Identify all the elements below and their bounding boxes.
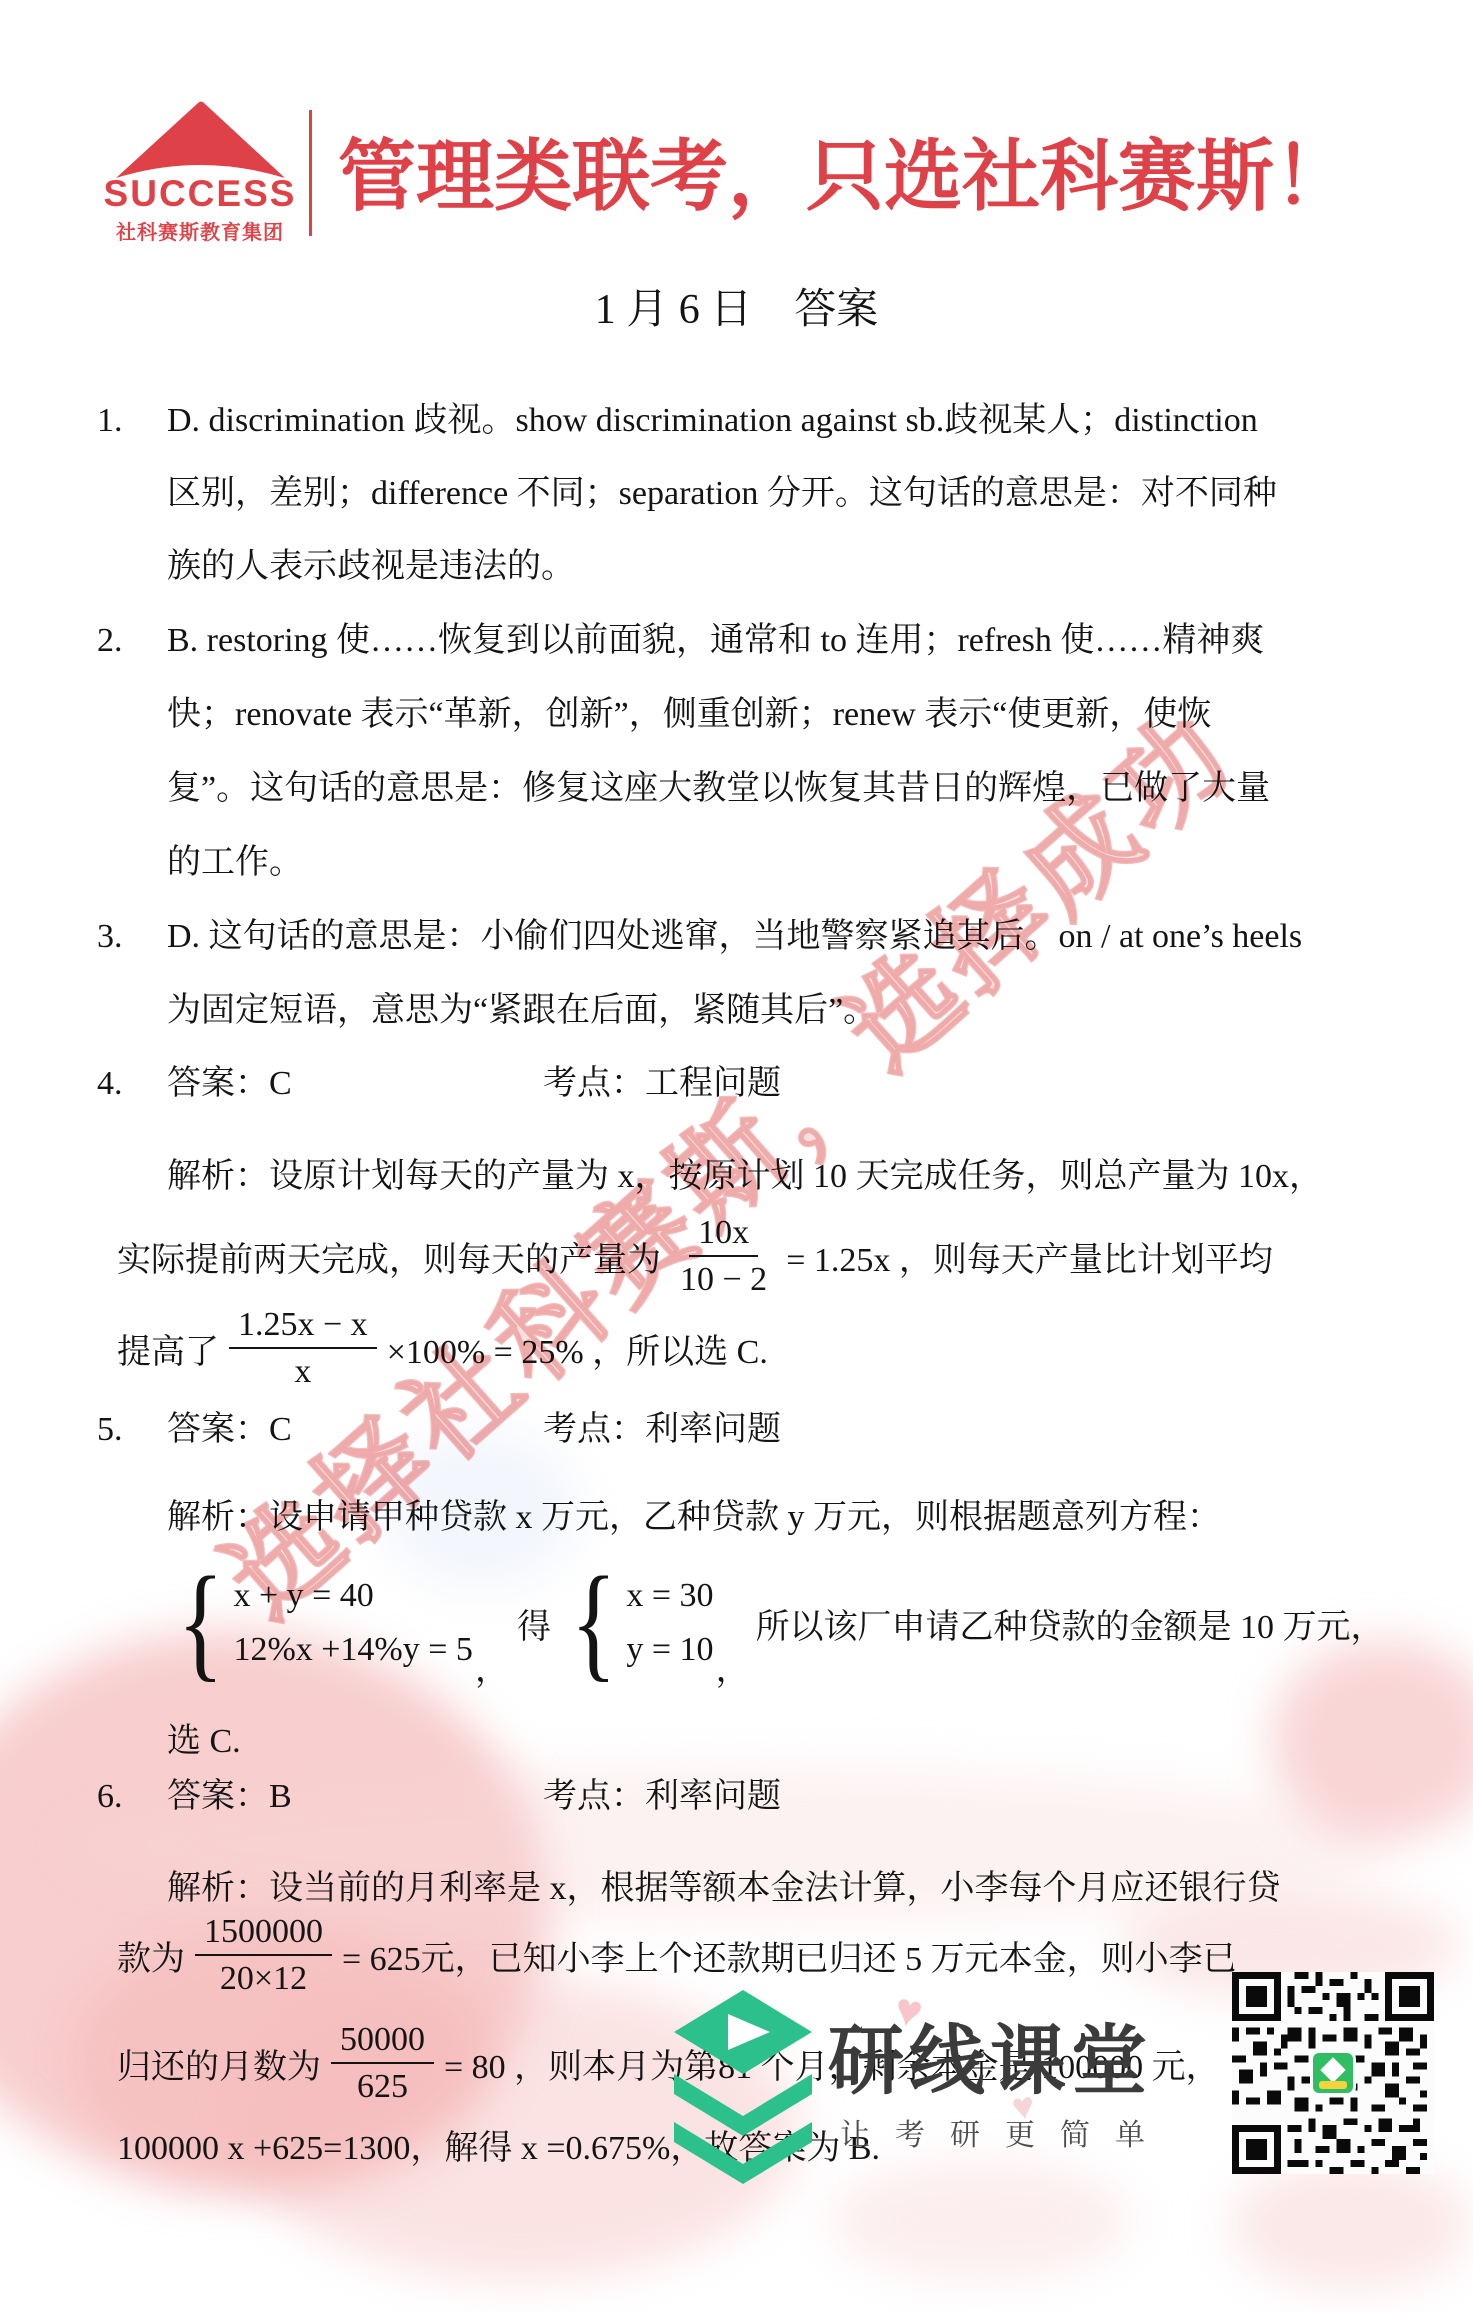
- answer-item-5-conclusion: 选 C.: [0, 1720, 1473, 1764]
- item-text: 复”。这句话的意思是：修复这座大教堂以恢复其昔日的辉煌，已做了大量: [167, 767, 1270, 811]
- item-text: 族的人表示歧视是违法的。: [167, 545, 575, 589]
- math-text: ×100% = 25% ，所以选 C.: [387, 1324, 768, 1373]
- fraction: 50000 625: [331, 2020, 434, 2106]
- fraction-denominator: 20×12: [211, 1956, 316, 1998]
- item-text: 快；renovate 表示“革新，创新”，侧重创新；renew 表示“使更新，使…: [167, 693, 1211, 737]
- title-date: 1 月 6 日: [595, 276, 753, 336]
- logo-success-text: SUCCESS: [100, 175, 300, 212]
- topic-label: 考点：工程问题: [543, 1062, 781, 1106]
- item-text: 区别，差别；difference 不同；separation 分开。这句话的意思…: [167, 472, 1277, 516]
- math-text: 提高了: [117, 1324, 219, 1373]
- item-text: 的工作。: [167, 841, 303, 885]
- item-text: 选 C.: [167, 1720, 241, 1764]
- fraction: 10x 10 − 2: [671, 1213, 776, 1299]
- answer-item-1-line-2: 区别，差别；difference 不同；separation 分开。这句话的意思…: [0, 472, 1473, 516]
- qr-code: [1232, 1972, 1434, 2174]
- answer-item-1-line-3: 族的人表示歧视是违法的。: [0, 545, 1473, 589]
- equation: x + y = 40: [233, 1577, 473, 1615]
- math-text: = 1.25x ，则每天产量比计划平均: [786, 1232, 1273, 1281]
- fraction-numerator: 50000: [331, 2020, 434, 2064]
- answer-item-4-analysis: 解析：设原计划每天的产量为 x，按原计划 10 天完成任务，则总产量为 10x，: [0, 1155, 1473, 1199]
- yanxian-brand-name: 研线课堂: [828, 2000, 1152, 2109]
- equation-system: x = 30 y = 10: [626, 1577, 713, 1669]
- math-text: 款为: [117, 1931, 185, 1980]
- fraction-numerator: 1.25x − x: [229, 1305, 377, 1349]
- item-text: D. 这句话的意思是：小偷们四处逃窜，当地警察紧追其后。on / at one’…: [167, 915, 1302, 959]
- watercolor-splotch: [830, 2160, 1130, 2280]
- item-number: 3.: [97, 915, 123, 959]
- item-text: D. discrimination 歧视。show discrimination…: [167, 399, 1258, 443]
- qr-center-app-icon: [1310, 2050, 1356, 2096]
- left-brace: {: [178, 1565, 224, 1680]
- left-brace: {: [571, 1565, 617, 1680]
- answer-item-2-line-1: 2. B. restoring 使……恢复到以前面貌，通常和 to 连用；ref…: [0, 619, 1473, 663]
- mountain-logo-icon: [110, 96, 290, 182]
- answer-item-4-header: 4. 答案：C 考点：工程问题: [0, 1062, 1473, 1106]
- answer-item-1-line-1: 1. D. discrimination 歧视。show discriminat…: [0, 399, 1473, 443]
- equation: y = 10: [626, 1631, 713, 1669]
- separator: ，: [473, 1642, 515, 1713]
- document-page: ♥ ♥ 选择社科赛斯，选择成功 SUCCESS 社科赛斯教育集团 管理类联考，只…: [0, 0, 1473, 2313]
- fraction-numerator: 1500000: [195, 1912, 332, 1956]
- watercolor-splotch: [1230, 2160, 1470, 2290]
- answer-label: 答案：C: [167, 1062, 292, 1106]
- answer-label: 答案：C: [167, 1408, 292, 1452]
- fraction-numerator: 10x: [689, 1213, 758, 1257]
- item-text: 为固定短语，意思为“紧跟在后面，紧随其后”。: [167, 989, 877, 1033]
- math-text: 归还的月数为: [117, 2039, 321, 2088]
- topic-label: 考点：利率问题: [543, 1408, 781, 1452]
- separator: ，: [714, 1642, 756, 1713]
- answer-item-3-line-1: 3. D. 这句话的意思是：小偷们四处逃窜，当地警察紧追其后。on / at o…: [0, 915, 1473, 959]
- answer-item-2-line-2: 快；renovate 表示“革新，创新”，侧重创新；renew 表示“使更新，使…: [0, 693, 1473, 737]
- item-number: 6.: [97, 1775, 123, 1819]
- page-title: 1 月 6 日 答案: [0, 276, 1473, 336]
- answer-item-5-header: 5. 答案：C 考点：利率问题: [0, 1408, 1473, 1452]
- logo-subtitle: 社科赛斯教育集团: [100, 216, 300, 245]
- item-number: 2.: [97, 619, 123, 663]
- header-slogan: 管理类联考，只选社科赛斯！: [338, 114, 1352, 226]
- equation: 12%x +14%y = 5: [233, 1631, 473, 1669]
- fraction-denominator: 625: [348, 2064, 417, 2106]
- answer-item-4-formula-2: 提高了 1.25x − x x ×100% = 25% ，所以选 C.: [117, 1288, 768, 1408]
- item-number: 5.: [97, 1408, 123, 1452]
- topic-label: 考点：利率问题: [543, 1775, 781, 1819]
- fraction: 1500000 20×12: [195, 1912, 332, 1998]
- equation-system: x + y = 40 12%x +14%y = 5: [233, 1577, 473, 1669]
- math-text: 所以该厂申请乙种贷款的金额是 10 万元，: [756, 1599, 1385, 1648]
- item-number: 4.: [97, 1062, 123, 1106]
- item-number: 1.: [97, 399, 123, 443]
- fraction: 1.25x − x x: [229, 1305, 377, 1391]
- math-text: 实际提前两天完成，则每天的产量为: [117, 1232, 661, 1281]
- equation: x = 30: [626, 1577, 713, 1615]
- answer-item-6-header: 6. 答案：B 考点：利率问题: [0, 1775, 1473, 1819]
- answer-item-2-line-4: 的工作。: [0, 841, 1473, 885]
- fraction-denominator: x: [285, 1349, 320, 1391]
- answer-item-3-line-2: 为固定短语，意思为“紧跟在后面，紧随其后”。: [0, 989, 1473, 1033]
- item-text: B. restoring 使……恢复到以前面貌，通常和 to 连用；refres…: [167, 619, 1264, 663]
- title-label: 答案: [794, 276, 878, 336]
- answer-item-2-line-3: 复”。这句话的意思是：修复这座大教堂以恢复其昔日的辉煌，已做了大量: [0, 767, 1473, 811]
- header-divider: [309, 110, 312, 236]
- math-text: = 625元，已知小李上个还款期已归还 5 万元本金，则小李已: [342, 1931, 1237, 1980]
- answer-label: 答案：B: [167, 1775, 292, 1819]
- answer-item-5-equations: { x + y = 40 12%x +14%y = 5 ， 得 { x = 30…: [170, 1533, 1385, 1713]
- math-text: 得: [517, 1599, 551, 1648]
- yanxian-logo-icon: [672, 1988, 814, 2199]
- success-logo: SUCCESS 社科赛斯教育集团: [100, 96, 300, 245]
- yanxian-tagline: 让考研更简单: [840, 2110, 1170, 2154]
- item-text: 解析：设原计划每天的产量为 x，按原计划 10 天完成任务，则总产量为 10x，: [167, 1155, 1323, 1199]
